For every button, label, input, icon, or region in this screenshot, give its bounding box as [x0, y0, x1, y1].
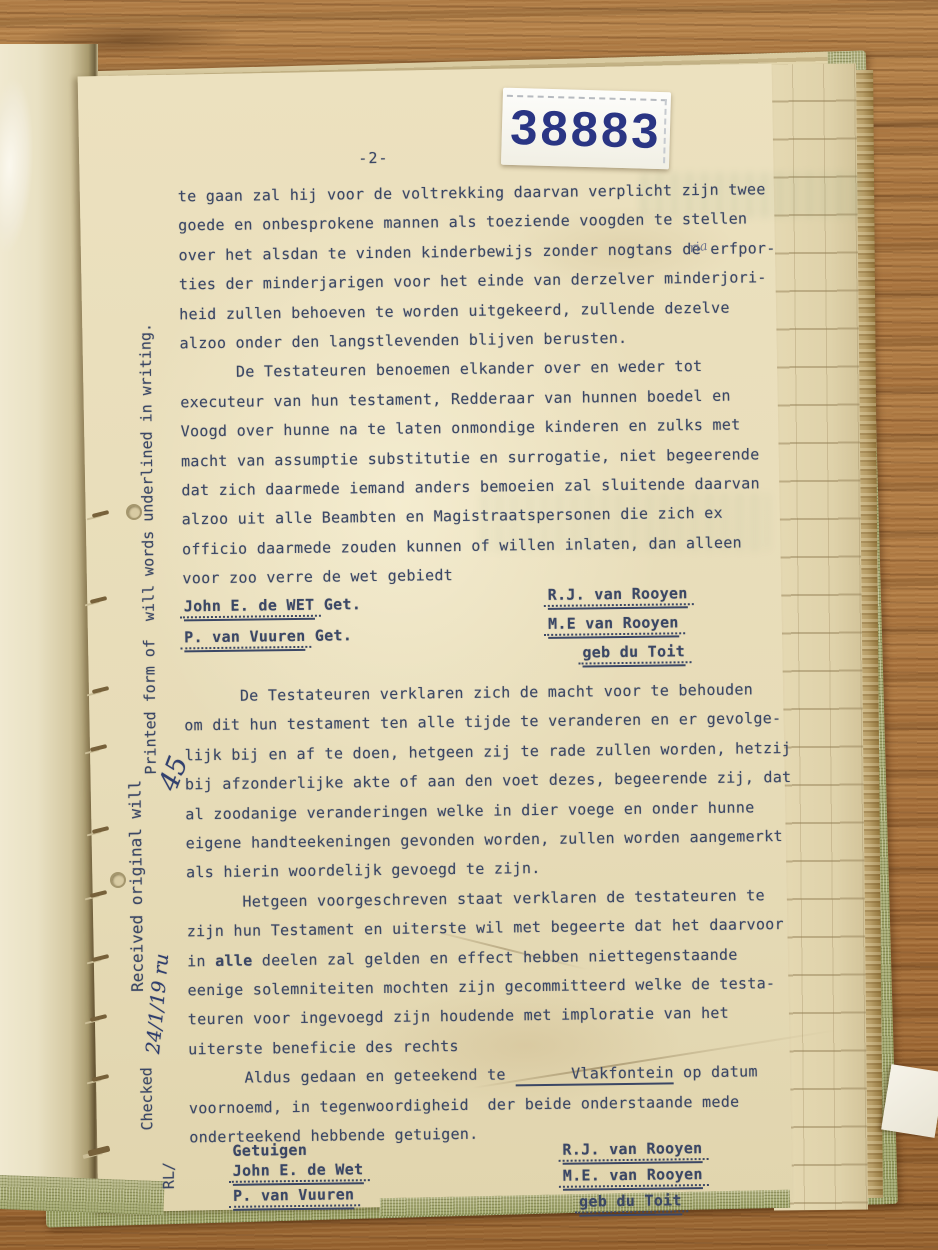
- signature: R.J. van Rooyen: [562, 1137, 702, 1165]
- signature-block-witnesses-left: GetuigenJohn E. de WetP. van Vuuren: [232, 1139, 363, 1211]
- signature: M.E van Rooyen: [548, 608, 688, 639]
- handwritten-correction: ria: [688, 239, 708, 257]
- body-text-run: De Testateuren verklaren zich de macht v…: [184, 675, 794, 1153]
- page-number: -2-: [358, 149, 388, 167]
- photo-of-will-page: -2- te gaan zal hij voor de voltrekking …: [0, 0, 938, 1250]
- margin-note-printed-form: Printed form of will words underlined in…: [136, 323, 160, 775]
- signature: P. van Vuuren Get.: [184, 620, 362, 653]
- text-line: voor zoo verre de wet gebiedt: [182, 557, 786, 594]
- archive-number: 38883: [501, 100, 670, 161]
- signature: M.E. van Rooyen: [563, 1163, 703, 1191]
- body-text-run: te gaan zal hij voor de voltrekking daar…: [178, 175, 787, 594]
- margin-note-rl: RL/: [160, 1162, 178, 1189]
- archive-number-sticker: 38883: [501, 88, 671, 170]
- signature: John E. de WET Get.: [184, 589, 362, 622]
- signature: Getuigen: [232, 1139, 363, 1161]
- signature-block-testators-right: R.J. van RooyenM.E van Rooyengeb du Toit: [548, 579, 689, 668]
- margin-note-checked: Checked: [137, 1067, 156, 1130]
- margin-note-received: Received original will: [125, 780, 147, 992]
- signature: geb du Toit: [579, 1189, 703, 1217]
- signature: geb du Toit: [582, 637, 688, 667]
- signature: John E. de Wet: [233, 1159, 364, 1186]
- signature-block-witnesses-right: R.J. van RooyenM.E. van Rooyengeb du Toi…: [562, 1137, 703, 1217]
- signature: P. van Vuuren: [233, 1184, 364, 1211]
- signature: R.J. van Rooyen: [548, 579, 688, 610]
- signature-block-testators-witness-left: John E. de WET Get.P. van Vuuren Get.: [184, 589, 362, 653]
